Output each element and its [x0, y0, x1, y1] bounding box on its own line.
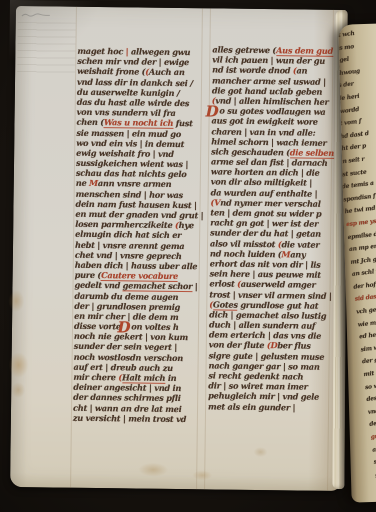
ink-text: zu versicht | mein trost vd: [73, 412, 186, 423]
right-text-column: alles getrewe (Aus dem gudvil ich pauen …: [208, 44, 351, 412]
ink-text: chen (: [76, 117, 103, 127]
ink-text: Auch an: [149, 67, 185, 77]
ink-text: maget hoc: [77, 46, 125, 57]
ink-text: grundlose gut hat: [238, 299, 319, 310]
ink-text: on voltes h: [131, 321, 178, 332]
rubric-text: (V: [211, 197, 221, 207]
stain: [253, 447, 267, 457]
manuscript-photo: maget hoc | allwegen gwuschen mir vnd de…: [0, 0, 376, 512]
stain: [138, 463, 168, 477]
manuscript-page: maget hoc | allwegen gwuschen mir vnd de…: [10, 6, 347, 491]
ink-text: erlost: [210, 279, 238, 289]
ink-text: mir chere: [73, 372, 118, 383]
stain: [8, 352, 28, 378]
rubric-initial: D: [206, 102, 219, 120]
ruling-hlines: [17, 22, 76, 75]
ink-text: die vater: [281, 239, 319, 249]
text-line: zu versicht | mein trost vd: [73, 412, 201, 424]
left-text-column: maget hoc | allwegen gwuschen mir vnd de…: [73, 46, 206, 424]
rubric-text: M: [89, 178, 98, 188]
ink-text: ann vnsre armen: [98, 178, 172, 189]
pencil-inscription: [21, 11, 51, 20]
ink-text: hye: [179, 220, 194, 230]
ink-text: an: [296, 66, 307, 76]
ink-text: in: [165, 373, 176, 383]
ink-text: sich geschauden (: [211, 146, 290, 157]
ink-text: disse vorte: [74, 321, 124, 332]
stain: [8, 290, 24, 312]
rubric-text: (D: [267, 341, 278, 351]
ink-text: gedelt vnd: [74, 280, 122, 291]
ink-text: allwegen gwu: [128, 46, 190, 57]
ink-text: ber flus: [277, 341, 310, 351]
ink-text: met als ein gunder |: [208, 401, 295, 412]
ink-text: any: [290, 249, 305, 259]
ink-text: pure (: [75, 270, 102, 280]
ink-text: auserweld amger: [241, 279, 316, 290]
text-line: met als ein gunder |: [208, 401, 347, 413]
ink-text: also vil misstot: [210, 238, 278, 249]
ink-text: weishait frone (: [77, 66, 145, 77]
ink-text: fust: [173, 118, 193, 128]
stain: [11, 382, 25, 398]
ink-text: nd noch luiden (: [210, 248, 282, 259]
ink-text: von der flute: [209, 340, 267, 351]
ink-text: alles getrewe (: [212, 44, 276, 55]
ink-text: |: [192, 281, 197, 291]
ink-text: ne: [76, 178, 89, 188]
rubric-initial: D: [117, 318, 130, 336]
